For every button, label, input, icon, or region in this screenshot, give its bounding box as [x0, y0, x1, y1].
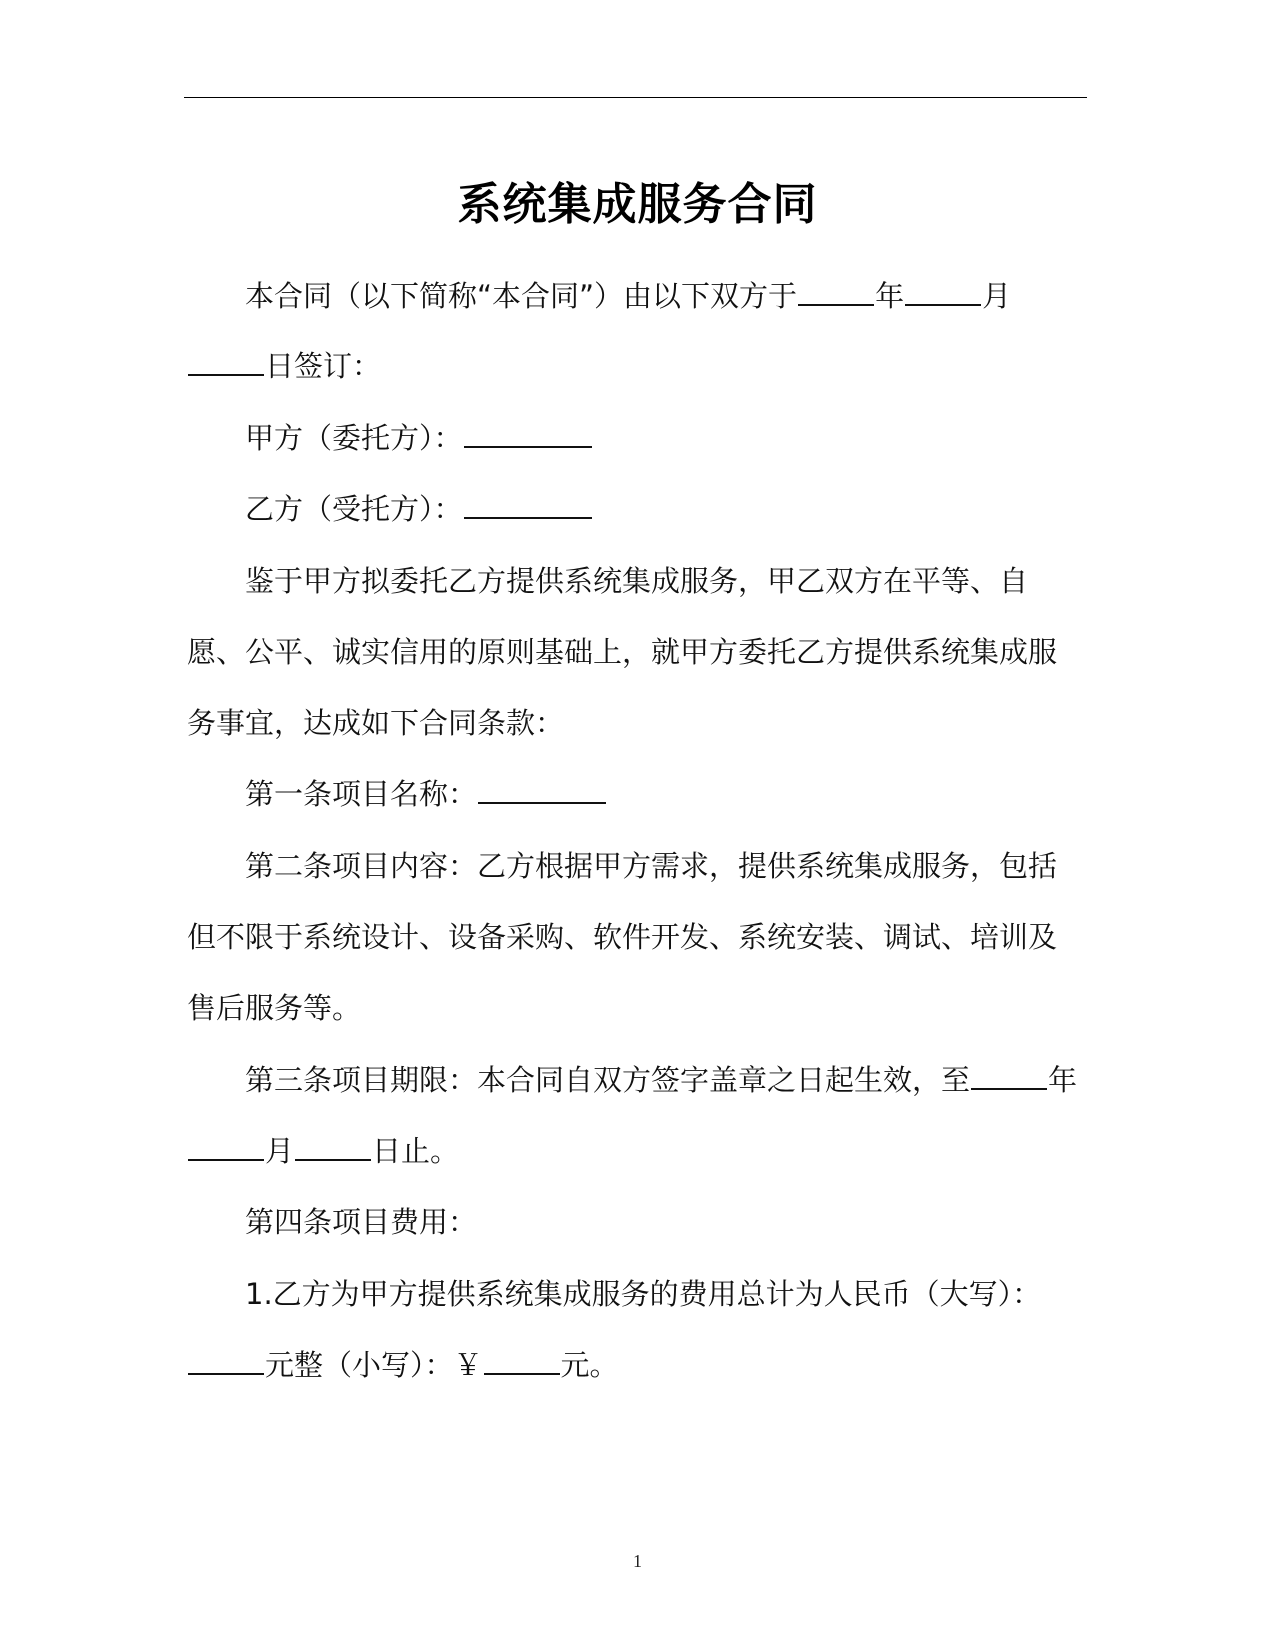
intro-line-1: 本合同（以下简称“本合同”）由以下双方于年月 — [245, 276, 1011, 316]
project-name-blank[interactable] — [478, 774, 606, 804]
end-day-blank[interactable] — [295, 1131, 371, 1161]
article-2-line-2: 但不限于系统设计、设备采购、软件开发、系统安装、调试、培训及 — [187, 917, 1057, 957]
article-3-line-2: 月日止。 — [187, 1131, 459, 1171]
intro-text: 本合同（以下简称“本合同”）由以下双方于 — [245, 279, 797, 313]
day-blank[interactable] — [188, 346, 264, 376]
month-label: 月 — [982, 279, 1011, 313]
article-1-label: 第一条项目名称： — [245, 777, 477, 811]
amount-words-blank[interactable] — [188, 1345, 264, 1375]
party-b-blank[interactable] — [464, 489, 592, 519]
article-2-line-1: 第二条项目内容：乙方根据甲方需求，提供系统集成服务，包括 — [245, 846, 1057, 886]
party-b-label: 乙方（受托方）： — [245, 492, 463, 526]
party-b-line: 乙方（受托方）： — [245, 489, 593, 529]
whereas-line-2: 愿、公平、诚实信用的原则基础上，就甲方委托乙方提供系统集成服 — [187, 632, 1057, 672]
party-a-blank[interactable] — [464, 418, 592, 448]
party-a-line: 甲方（委托方）： — [245, 418, 593, 458]
article-1-line: 第一条项目名称： — [245, 774, 607, 814]
page-number: 1 — [0, 1551, 1275, 1572]
month-blank[interactable] — [905, 276, 981, 306]
document-title: 系统集成服务合同 — [0, 168, 1275, 232]
end-month-label: 月 — [265, 1134, 294, 1168]
article-3-text: 第三条项目期限：本合同自双方签字盖章之日起生效，至 — [245, 1063, 970, 1097]
article-4-item-1-line-1: 1.乙方为甲方提供系统集成服务的费用总计为人民币（大写）： — [245, 1274, 1041, 1314]
day-signed-label: 日签订： — [265, 349, 381, 383]
end-month-blank[interactable] — [188, 1131, 264, 1161]
end-day-label: 日止。 — [372, 1134, 459, 1168]
article-3-line-1: 第三条项目期限：本合同自双方签字盖章之日起生效，至年 — [245, 1060, 1077, 1100]
whereas-line-1: 鉴于甲方拟委托乙方提供系统集成服务，甲乙双方在平等、自 — [245, 561, 1028, 601]
header-rule — [184, 97, 1087, 98]
article-4-item-1-line-2: 元整（小写）：￥元。 — [187, 1345, 619, 1385]
intro-line-2: 日签订： — [187, 346, 381, 386]
end-year-blank[interactable] — [971, 1060, 1047, 1090]
whereas-line-3: 务事宜，达成如下合同条款： — [187, 703, 564, 743]
article-4-heading: 第四条项目费用： — [245, 1202, 477, 1242]
amount-label: 元整（小写）：￥ — [265, 1348, 483, 1382]
party-a-label: 甲方（委托方）： — [245, 421, 463, 455]
year-blank[interactable] — [798, 276, 874, 306]
amount-unit: 元。 — [561, 1348, 619, 1382]
year-label: 年 — [875, 279, 904, 313]
amount-figures-blank[interactable] — [484, 1345, 560, 1375]
end-year-label: 年 — [1048, 1063, 1077, 1097]
article-2-line-3: 售后服务等。 — [187, 988, 361, 1028]
